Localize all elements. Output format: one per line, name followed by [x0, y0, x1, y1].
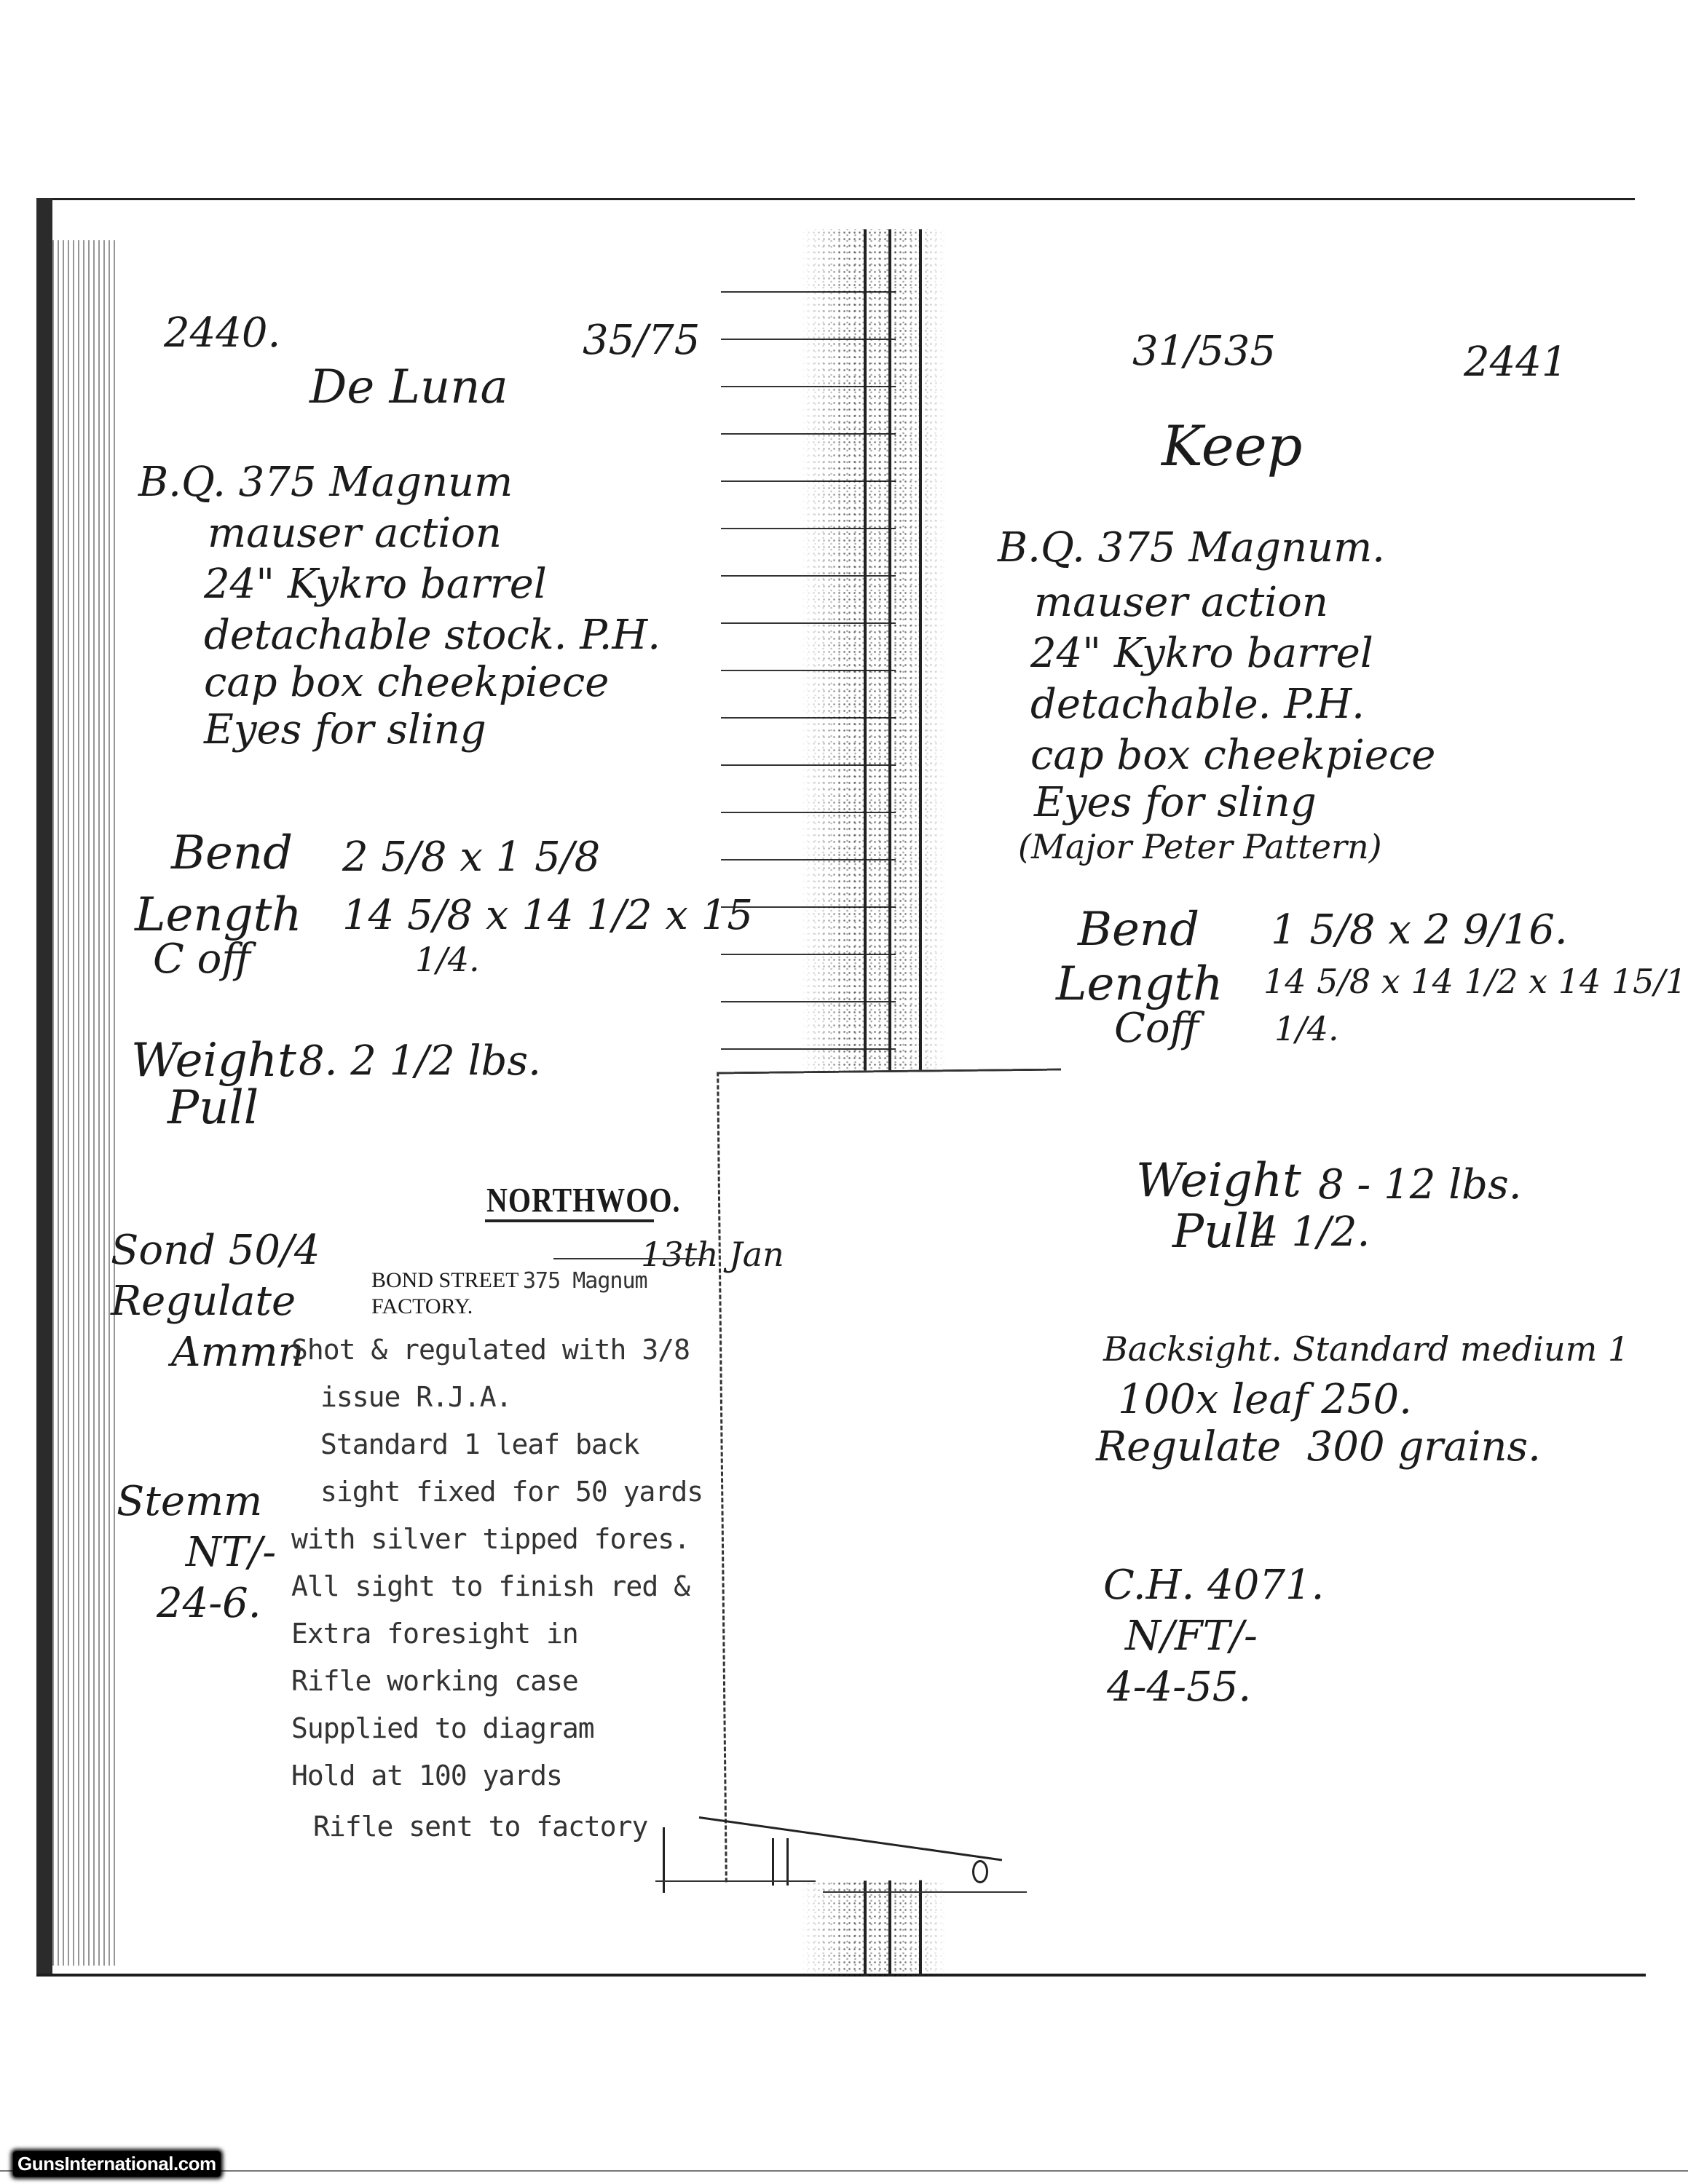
- letterhead-note-line: with silver tipped fores.: [291, 1525, 690, 1553]
- right-length-label: Length: [1056, 961, 1223, 1008]
- left-length-label: Length: [135, 892, 302, 938]
- left-regulate-label: Regulate: [111, 1281, 296, 1322]
- right-desc-line: Eyes for sling: [1034, 783, 1317, 823]
- letterhead-note-line: Standard 1 leaf back: [320, 1431, 639, 1458]
- left-sound-label: Sond 50/4: [111, 1230, 320, 1271]
- left-length-value: 14 5/8 x 14 1/2 x 15: [342, 895, 753, 936]
- left-cast-off-value: 1/4.: [415, 943, 480, 976]
- letterhead-address-line2: FACTORY.: [371, 1294, 473, 1319]
- right-backsight-line: Backsight. Standard medium 1: [1103, 1332, 1629, 1366]
- right-bend-label: Bend: [1078, 906, 1199, 953]
- right-customer-name: Keep: [1162, 419, 1302, 474]
- right-cast-off-label: Coff: [1114, 1008, 1199, 1049]
- letterhead-note-line: issue R.J.A.: [320, 1383, 512, 1411]
- right-length-value: 14 5/8 x 14 1/2 x 14 15/16.: [1263, 965, 1688, 998]
- right-desc-line: detachable. P.H.: [1030, 684, 1365, 725]
- left-desc-line: mauser action: [208, 513, 502, 554]
- left-serial-ref: 35/75: [583, 320, 700, 361]
- letterhead-note-line: All sight to finish red &: [291, 1572, 690, 1600]
- site-watermark: GunsInternational.com: [13, 2151, 221, 2177]
- right-order-ref: C.H. 4071.: [1103, 1565, 1324, 1606]
- left-weight-label: Weight: [131, 1037, 296, 1084]
- right-desc-line: cap box cheekpiece: [1030, 735, 1435, 776]
- right-weight-label: Weight: [1136, 1158, 1301, 1204]
- page-left-border: [36, 198, 52, 1976]
- left-desc-line: detachable stock. P.H.: [204, 615, 660, 656]
- left-bend-value: 2 5/8 x 1 5/8: [342, 837, 600, 878]
- letterhead-note-line: sight fixed for 50 yards: [320, 1478, 703, 1506]
- right-desc-line: 24" Kykro barrel: [1030, 633, 1373, 674]
- left-record-number: 2440.: [164, 313, 280, 354]
- right-desc-line: B.Q. 375 Magnum.: [998, 528, 1385, 569]
- letterhead-address-line1: BOND STREET: [371, 1268, 519, 1293]
- letterhead-date-note: 13th Jan: [641, 1238, 784, 1271]
- footer-rule: [0, 2170, 1688, 2172]
- left-weight-value: 8. 2 1/2 lbs.: [299, 1041, 541, 1082]
- left-entry-date: 24-6.: [157, 1583, 261, 1624]
- left-nt-ref: NT/-: [186, 1532, 276, 1573]
- right-pull-label: Pull: [1172, 1208, 1263, 1255]
- left-pull-label: Pull: [167, 1085, 259, 1131]
- letterhead-note-line: Rifle sent to factory: [313, 1813, 647, 1840]
- letterhead-note-line: Extra foresight in: [291, 1620, 578, 1647]
- right-desc-line: mauser action: [1034, 582, 1328, 623]
- letterhead-note-line: Rifle working case: [291, 1667, 578, 1695]
- letterhead-underline: [485, 1219, 654, 1222]
- right-entry-date: 4-4-55.: [1107, 1667, 1251, 1708]
- left-cast-off-label: C off: [153, 939, 251, 980]
- letterhead-note-line: Shot & regulated with 3/8: [291, 1336, 690, 1364]
- right-desc-line: (Major Peter Pattern): [1018, 830, 1382, 863]
- letterhead-note-line: Hold at 100 yards: [291, 1762, 562, 1789]
- right-bend-value: 1 5/8 x 2 9/16.: [1271, 910, 1568, 951]
- left-desc-line: Eyes for sling: [204, 710, 486, 751]
- letterhead-caliber-note: 375 Magnum: [523, 1270, 647, 1292]
- inserted-photo-slip: [717, 1069, 1070, 1883]
- right-cast-off-value: 1/4.: [1274, 1012, 1339, 1045]
- letterhead-note-line: Supplied to diagram: [291, 1714, 594, 1742]
- right-record-number: 2441: [1464, 342, 1568, 383]
- left-desc-line: cap box cheekpiece: [204, 662, 609, 703]
- left-stemmed-label: Stemm: [117, 1481, 262, 1522]
- left-desc-line: 24" Kykro barrel: [204, 564, 547, 605]
- right-serial-ref: 31/535: [1132, 331, 1276, 372]
- right-weight-value: 8 - 12 lbs.: [1318, 1165, 1522, 1206]
- date-underline: [553, 1258, 706, 1259]
- letterhead-title: NORTHWOO.: [486, 1179, 681, 1220]
- ledger-binding-edge: [52, 240, 118, 1966]
- left-customer-name: De Luna: [309, 364, 508, 411]
- right-backsight-leaf: 100x leaf 250.: [1118, 1380, 1412, 1420]
- left-ammunition-label: Ammn: [171, 1332, 304, 1373]
- page-top-border: [40, 198, 1635, 200]
- left-desc-line: B.Q. 375 Magnum: [138, 462, 513, 503]
- right-nft-ref: N/FT/-: [1125, 1616, 1258, 1657]
- left-bend-label: Bend: [171, 830, 293, 877]
- right-regulate-line: Regulate 300 grains.: [1096, 1427, 1541, 1468]
- right-pull-value: 4 1/2.: [1253, 1212, 1370, 1253]
